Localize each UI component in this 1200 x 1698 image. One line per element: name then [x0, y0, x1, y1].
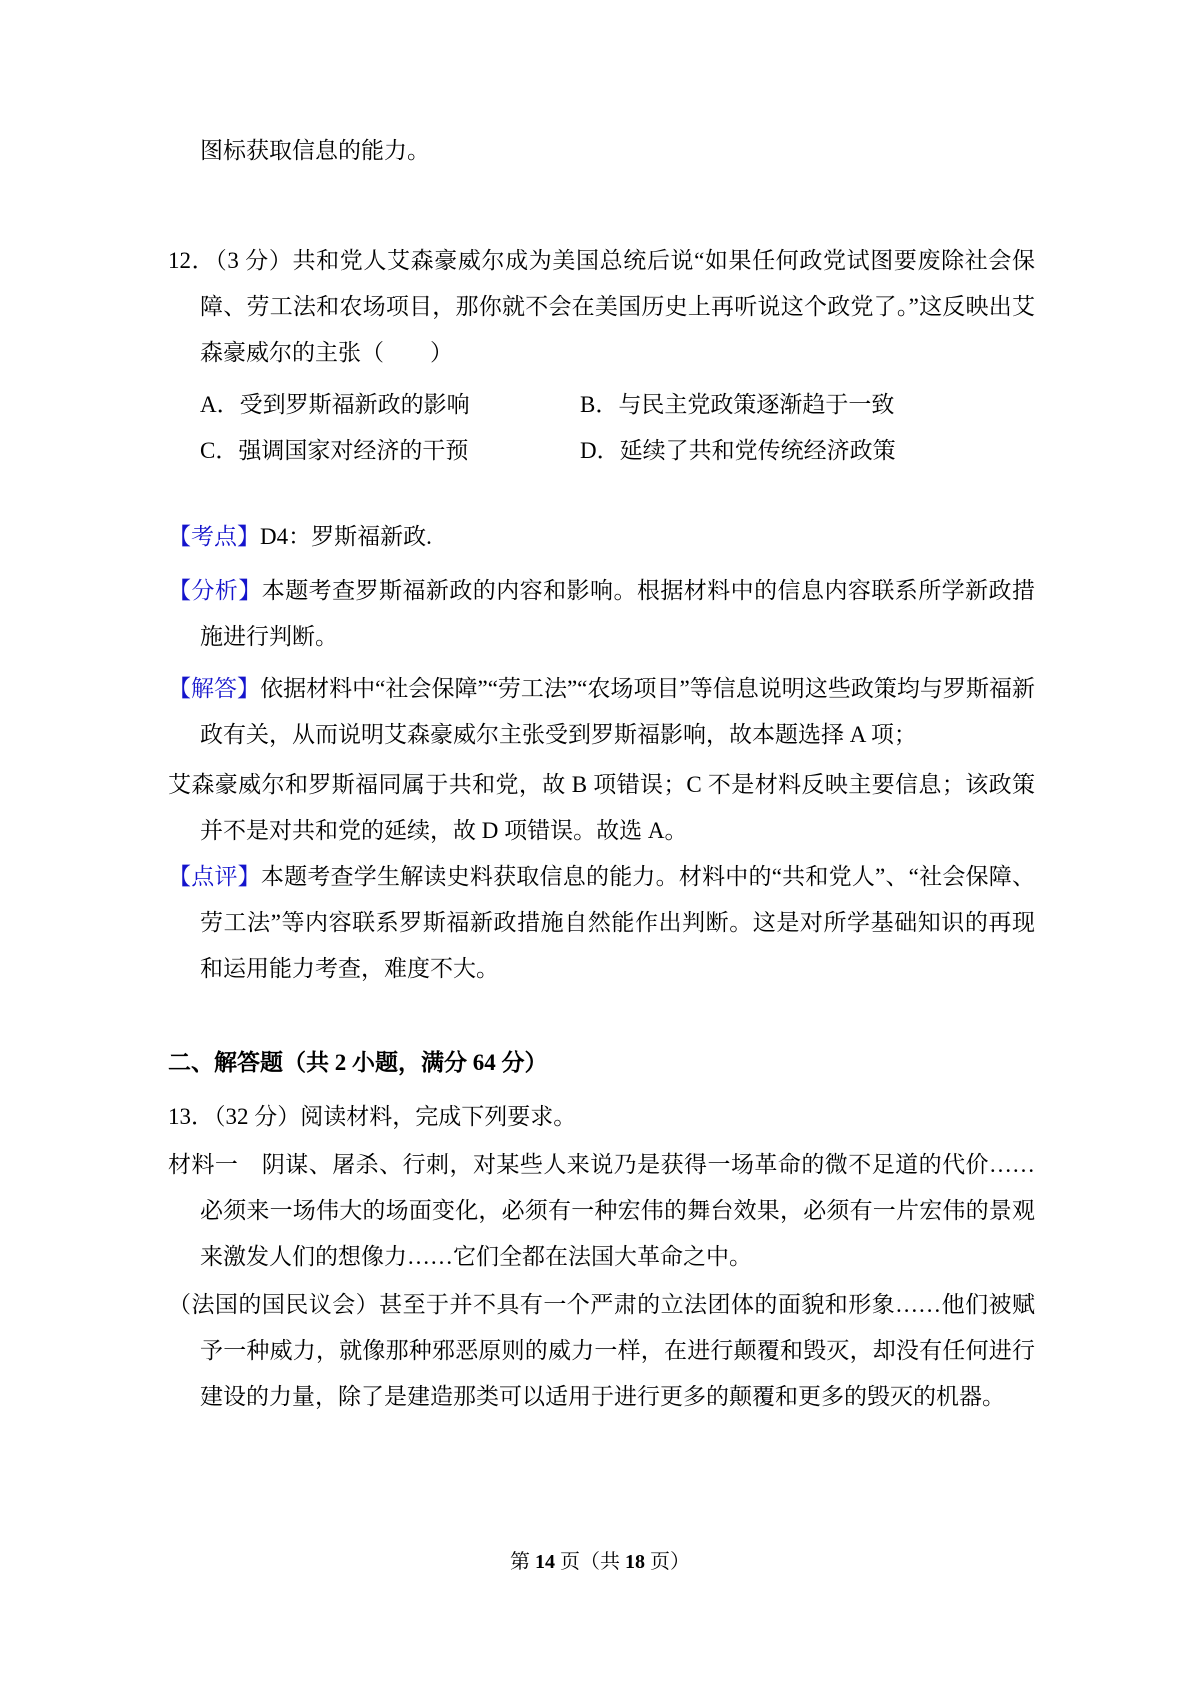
- answer-supplement: 艾森豪威尔和罗斯福同属于共和党，故 B 项错误；C 不是材料反映主要信息；该政策…: [200, 762, 1035, 854]
- footer-mid: 页（共: [555, 1551, 625, 1573]
- answer-text: 依据材料中“社会保障”“劳工法”“农场项目”等信息说明这些政策均与罗斯福新政有关…: [200, 676, 1035, 747]
- question-13-stem: 13．（32 分）阅读材料，完成下列要求。: [200, 1094, 1035, 1140]
- analysis-text: 本题考查罗斯福新政的内容和影响。根据材料中的信息内容联系所学新政措施进行判断。: [200, 578, 1035, 649]
- question-12-stem: 12．（3 分）共和党人艾森豪威尔成为美国总统后说“如果任何政党试图要废除社会保…: [200, 238, 1035, 376]
- footer-suffix: 页）: [645, 1551, 690, 1573]
- exam-point-label: 【考点】: [168, 524, 260, 549]
- footer-prefix: 第: [510, 1551, 535, 1573]
- page-footer: 第 14 页（共 18 页）: [0, 1539, 1200, 1585]
- question-12-options: A．受到罗斯福新政的影响 B．与民主党政策逐渐趋于一致 C．强调国家对经济的干预…: [200, 382, 1035, 474]
- material-1-paragraph-1: 材料一 阴谋、屠杀、行刺，对某些人来说乃是获得一场革命的微不足道的代价……必须来…: [200, 1142, 1035, 1280]
- comment-label: 【点评】: [168, 864, 261, 889]
- option-b: B．与民主党政策逐渐趋于一致: [580, 382, 1035, 428]
- comment-text: 本题考查学生解读史料获取信息的能力。材料中的“共和党人”、“社会保障、劳工法”等…: [200, 864, 1035, 981]
- option-d: D．延续了共和党传统经济政策: [580, 428, 1035, 474]
- footer-page-number: 14: [535, 1551, 555, 1573]
- option-row-cd: C．强调国家对经济的干预 D．延续了共和党传统经济政策: [200, 428, 1035, 474]
- answer-label: 【解答】: [168, 676, 260, 701]
- comment-paragraph: 【点评】本题考查学生解读史料获取信息的能力。材料中的“共和党人”、“社会保障、劳…: [200, 854, 1035, 992]
- exam-point-paragraph: 【考点】D4：罗斯福新政.: [200, 514, 1035, 560]
- option-row-ab: A．受到罗斯福新政的影响 B．与民主党政策逐渐趋于一致: [200, 382, 1035, 428]
- intro-tail-line: 图标获取信息的能力。: [200, 128, 1035, 174]
- option-a: A．受到罗斯福新政的影响: [200, 382, 580, 428]
- analysis-label: 【分析】: [168, 578, 262, 603]
- section-2-heading: 二、解答题（共 2 小题，满分 64 分）: [168, 1040, 1035, 1086]
- material-1-paragraph-2: （法国的国民议会）甚至于并不具有一个严肃的立法团体的面貌和形象……他们被赋予一种…: [200, 1282, 1035, 1420]
- answer-paragraph: 【解答】依据材料中“社会保障”“劳工法”“农场项目”等信息说明这些政策均与罗斯福…: [200, 666, 1035, 758]
- analysis-paragraph: 【分析】本题考查罗斯福新政的内容和影响。根据材料中的信息内容联系所学新政措施进行…: [200, 568, 1035, 660]
- option-c: C．强调国家对经济的干预: [200, 428, 580, 474]
- exam-point-text: D4：罗斯福新政.: [260, 524, 432, 549]
- document-content: 图标获取信息的能力。 12．（3 分）共和党人艾森豪威尔成为美国总统后说“如果任…: [0, 0, 1200, 1420]
- document-page: 图标获取信息的能力。 12．（3 分）共和党人艾森豪威尔成为美国总统后说“如果任…: [0, 0, 1200, 1698]
- footer-total-pages: 18: [625, 1551, 645, 1573]
